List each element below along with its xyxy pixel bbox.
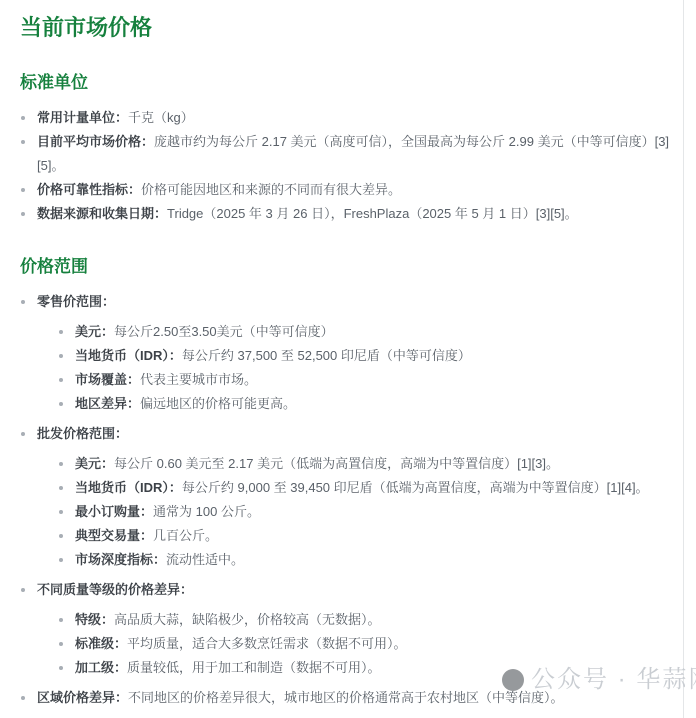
item-label: 市场深度指标 (75, 552, 153, 567)
label-separator: ： (140, 504, 153, 519)
label-separator: ： (114, 660, 127, 675)
item-regional-difference: 地区差异：偏远地区的价格可能更高。 (58, 392, 675, 416)
label-separator: ： (115, 110, 128, 125)
item-market-coverage: 市场覆盖：代表主要城市市场。 (58, 368, 675, 392)
section-heading-standard-units: 标准单位 (20, 72, 675, 94)
item-label: 不同质量等级的价格差异 (37, 582, 180, 597)
bullet-icon (59, 330, 63, 334)
bullet-icon (21, 140, 25, 144)
bullet-icon (59, 510, 63, 514)
label-separator: ： (101, 324, 114, 339)
item-text: 高品质大蒜，缺陷极少，价格较高（无数据）。 (114, 612, 381, 627)
bullet-icon (59, 402, 63, 406)
item-label: 加工级 (75, 660, 114, 675)
item-label: 美元 (75, 456, 101, 471)
item-label: 区域价格差异 (37, 690, 115, 705)
item-premium-grade: 特级：高品质大蒜，缺陷极少，价格较高（无数据）。 (58, 608, 675, 632)
label-separator: ： (140, 528, 153, 543)
label-separator: ： (141, 134, 154, 149)
item-label: 常用计量单位 (37, 110, 115, 125)
label-separator: ： (101, 456, 114, 471)
item-text: 流动性适中。 (166, 552, 244, 567)
item-market-depth: 市场深度指标：流动性适中。 (58, 548, 675, 572)
item-label: 美元 (75, 324, 101, 339)
item-standard-grade: 标准级：平均质量，适合大多数烹饪需求（数据不可用）。 (58, 632, 675, 656)
bullet-icon (21, 696, 25, 700)
item-retail-idr: 当地货币（IDR）：每公斤约 37,500 至 52,500 印尼盾（中等可信度… (58, 344, 675, 368)
label-separator: ： (153, 552, 166, 567)
item-retail-price-range: 零售价范围： 美元：每公斤2.50至3.50美元（中等可信度） 当地货币（IDR… (20, 290, 675, 416)
item-text: Tridge（2025 年 3 月 26 日），FreshPlaza（2025 … (167, 206, 578, 221)
item-text: 通常为 100 公斤。 (153, 504, 260, 519)
item-text: 几百公斤。 (153, 528, 218, 543)
item-text: 每公斤 0.60 美元至 2.17 美元（低端为高置信度，高端为中等置信度）[1… (114, 456, 559, 471)
item-text: 千克（kg） (128, 110, 194, 125)
page-title: 当前市场价格 (20, 14, 675, 42)
bullet-icon (21, 116, 25, 120)
bullet-icon (21, 300, 25, 304)
item-data-sources: 数据来源和收集日期：Tridge（2025 年 3 月 26 日），FreshP… (20, 202, 675, 226)
bullet-icon (59, 618, 63, 622)
bullet-icon (21, 432, 25, 436)
label-separator: ： (127, 396, 140, 411)
bullet-icon (59, 354, 63, 358)
quality-grade-sublist: 特级：高品质大蒜，缺陷极少，价格较高（无数据）。 标准级：平均质量，适合大多数烹… (58, 608, 675, 680)
label-separator: ： (115, 426, 128, 441)
item-label: 当地货币（IDR） (75, 348, 169, 363)
item-label: 价格可靠性指标 (37, 182, 128, 197)
item-text: 质量较低，用于加工和制造（数据不可用）。 (127, 660, 381, 675)
label-separator: ： (128, 182, 141, 197)
item-text: 代表主要城市市场。 (140, 372, 257, 387)
section-heading-price-range: 价格范围 (20, 256, 675, 278)
standard-units-list: 常用计量单位：千克（kg） 目前平均市场价格：庞越市约为每公斤 2.17 美元（… (20, 106, 675, 226)
item-wholesale-usd: 美元：每公斤 0.60 美元至 2.17 美元（低端为高置信度，高端为中等置信度… (58, 452, 675, 476)
item-processing-grade: 加工级：质量较低，用于加工和制造（数据不可用）。 (58, 656, 675, 680)
label-separator: ： (169, 348, 182, 363)
item-wholesale-price-range: 批发价格范围： 美元：每公斤 0.60 美元至 2.17 美元（低端为高置信度，… (20, 422, 675, 572)
item-typical-volume: 典型交易量：几百公斤。 (58, 524, 675, 548)
item-label: 特级 (75, 612, 101, 627)
item-average-market-price: 目前平均市场价格：庞越市约为每公斤 2.17 美元（高度可信），全国最高为每公斤… (20, 130, 675, 178)
bullet-icon (59, 378, 63, 382)
item-label: 当地货币（IDR） (75, 480, 169, 495)
item-text: 每公斤约 9,000 至 39,450 印尼盾（低端为高置信度，高端为中等置信度… (182, 480, 649, 495)
bullet-icon (59, 486, 63, 490)
item-common-unit: 常用计量单位：千克（kg） (20, 106, 675, 130)
bullet-icon (21, 588, 25, 592)
item-text: 平均质量，适合大多数烹饪需求（数据不可用）。 (127, 636, 407, 651)
item-quality-grade-differences: 不同质量等级的价格差异： 特级：高品质大蒜，缺陷极少，价格较高（无数据）。 标准… (20, 578, 675, 680)
wholesale-sublist: 美元：每公斤 0.60 美元至 2.17 美元（低端为高置信度，高端为中等置信度… (58, 452, 675, 572)
item-wholesale-idr: 当地货币（IDR）：每公斤约 9,000 至 39,450 印尼盾（低端为高置信… (58, 476, 675, 500)
item-price-reliability: 价格可靠性指标：价格可能因地区和来源的不同而有很大差异。 (20, 178, 675, 202)
item-label: 零售价范围 (37, 294, 102, 309)
label-separator: ： (114, 636, 127, 651)
bullet-icon (59, 642, 63, 646)
item-label: 最小订购量 (75, 504, 140, 519)
item-label: 市场覆盖 (75, 372, 127, 387)
item-label: 数据来源和收集日期 (37, 206, 154, 221)
item-text: 价格可能因地区和来源的不同而有很大差异。 (141, 182, 401, 197)
item-regional-price-difference: 区域价格差异：不同地区的价格差异很大，城市地区的价格通常高于农村地区（中等信度）… (20, 686, 675, 710)
bullet-icon (59, 666, 63, 670)
item-text: 每公斤2.50至3.50美元（中等可信度） (114, 324, 334, 339)
label-separator: ： (127, 372, 140, 387)
bullet-icon (21, 212, 25, 216)
price-range-list: 零售价范围： 美元：每公斤2.50至3.50美元（中等可信度） 当地货币（IDR… (20, 290, 675, 710)
bullet-icon (59, 558, 63, 562)
item-label: 批发价格范围 (37, 426, 115, 441)
item-text: 每公斤约 37,500 至 52,500 印尼盾（中等可信度） (182, 348, 471, 363)
content-right-border (683, 0, 684, 718)
item-retail-usd: 美元：每公斤2.50至3.50美元（中等可信度） (58, 320, 675, 344)
label-separator: ： (169, 480, 182, 495)
label-separator: ： (180, 582, 193, 597)
bullet-icon (59, 462, 63, 466)
label-separator: ： (154, 206, 167, 221)
item-label: 标准级 (75, 636, 114, 651)
label-separator: ： (115, 690, 128, 705)
item-label: 目前平均市场价格 (37, 134, 141, 149)
item-min-order: 最小订购量：通常为 100 公斤。 (58, 500, 675, 524)
item-text: 偏远地区的价格可能更高。 (140, 396, 296, 411)
item-text: 不同地区的价格差异很大，城市地区的价格通常高于农村地区（中等信度）。 (128, 690, 564, 705)
label-separator: ： (101, 612, 114, 627)
label-separator: ： (102, 294, 115, 309)
bullet-icon (59, 534, 63, 538)
document-content: 当前市场价格 标准单位 常用计量单位：千克（kg） 目前平均市场价格：庞越市约为… (20, 8, 675, 710)
retail-sublist: 美元：每公斤2.50至3.50美元（中等可信度） 当地货币（IDR）：每公斤约 … (58, 320, 675, 416)
item-label: 典型交易量 (75, 528, 140, 543)
bullet-icon (21, 188, 25, 192)
item-label: 地区差异 (75, 396, 127, 411)
